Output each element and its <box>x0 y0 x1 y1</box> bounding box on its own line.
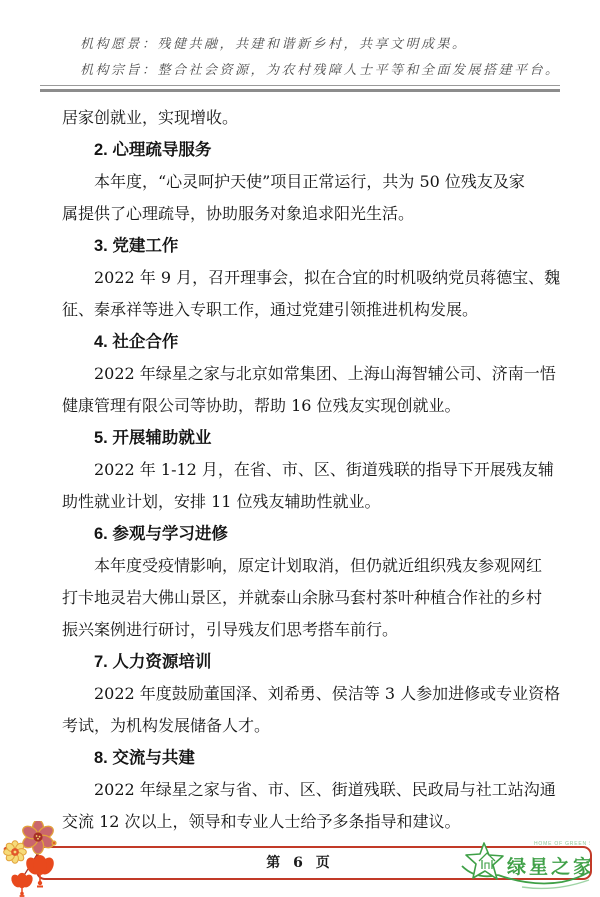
paragraph-block: 本年度，“心灵呵护天使”项目正常运行，共为 50 位残友及家属提供了心理疏导，协… <box>62 166 544 230</box>
header-separator-rule <box>40 85 560 92</box>
paragraph-block: 2022 年绿星之家与省、市、区、街道残联、民政局与社工站沟通交流 12 次以上… <box>62 774 544 838</box>
paragraph-line: 振兴案例进行研讨，引导残友们思考搭车前行。 <box>62 614 544 646</box>
paragraph-line: 居家创就业，实现增收。 <box>62 102 544 134</box>
document-page: 机构愿景：残健共融，共建和谐新乡村，共享文明成果。 机构宗旨：整合社会资源，为农… <box>0 0 600 897</box>
page-header: 机构愿景：残健共融，共建和谐新乡村，共享文明成果。 机构宗旨：整合社会资源，为农… <box>80 32 564 84</box>
paragraph-line: 交流 12 次以上，领导和专业人士给予多条指导和建议。 <box>62 806 544 838</box>
section-heading-block: 7. 人力资源培训 <box>62 646 544 678</box>
section-heading-block: 5. 开展辅助就业 <box>62 422 544 454</box>
green-star-logo: HOME OF GREEN STAR 绿星之家 <box>460 835 590 895</box>
paragraph-line: 健康管理有限公司等协助，帮助 16 位残友实现创就业。 <box>62 390 544 422</box>
paragraph-line: 本年度，“心灵呵护天使”项目正常运行，共为 50 位残友及家 <box>62 166 544 198</box>
paragraph-block: 2022 年绿星之家与北京如常集团、上海山海智辅公司、济南一悟健康管理有限公司等… <box>62 358 544 422</box>
paragraph-line: 征、秦承祥等进入专职工作，通过党建引领推进机构发展。 <box>62 294 544 326</box>
paragraph-line: 属提供了心理疏导，协助服务对象追求阳光生活。 <box>62 198 544 230</box>
paragraph-block: 2022 年 1-12 月，在省、市、区、街道残联的指导下开展残友辅助性就业计划… <box>62 454 544 518</box>
paragraph-block: 本年度受疫情影响，原定计划取消，但仍就近组织残友参观网红打卡地灵岩大佛山景区，并… <box>62 550 544 646</box>
paragraph-line: 2022 年绿星之家与省、市、区、街道残联、民政局与社工站沟通 <box>62 774 544 806</box>
paragraph-line: 2022 年绿星之家与北京如常集团、上海山海智辅公司、济南一悟 <box>62 358 544 390</box>
section-heading: 4. 社企合作 <box>62 326 544 358</box>
paragraph-line: 助性就业计划，安排 11 位残友辅助性就业。 <box>62 486 544 518</box>
paragraph-line: 打卡地灵岩大佛山景区，并就泰山余脉马套村茶叶种植合作社的乡村 <box>62 582 544 614</box>
section-heading: 8. 交流与共建 <box>62 742 544 774</box>
paragraph-line: 考试，为机构发展储备人才。 <box>62 710 544 742</box>
section-heading: 3. 党建工作 <box>62 230 544 262</box>
section-heading: 7. 人力资源培训 <box>62 646 544 678</box>
paragraph-block: 2022 年度鼓励董国泽、刘希勇、侯洁等 3 人参加进修或专业资格考试，为机构发… <box>62 678 544 742</box>
section-heading: 5. 开展辅助就业 <box>62 422 544 454</box>
header-vision-line: 机构愿景：残健共融，共建和谐新乡村，共享文明成果。 <box>80 32 564 58</box>
logo-tagline: HOME OF GREEN STAR <box>534 841 590 847</box>
section-heading-block: 8. 交流与共建 <box>62 742 544 774</box>
logo-brand-name: 绿星之家 <box>507 855 590 878</box>
document-body: 居家创就业，实现增收。2. 心理疏导服务本年度，“心灵呵护天使”项目正常运行，共… <box>62 102 544 838</box>
paragraph-line: 2022 年 1-12 月，在省、市、区、街道残联的指导下开展残友辅 <box>62 454 544 486</box>
paragraph-line: 2022 年 9 月，召开理事会，拟在合宜的时机吸纳党员蒋德宝、魏 <box>62 262 544 294</box>
flower-decoration-icon <box>0 821 84 897</box>
header-mission-line: 机构宗旨：整合社会资源，为农村残障人士平等和全面发展搭建平台。 <box>80 58 564 84</box>
section-heading-block: 2. 心理疏导服务 <box>62 134 544 166</box>
section-heading: 2. 心理疏导服务 <box>62 134 544 166</box>
paragraph-line: 2022 年度鼓励董国泽、刘希勇、侯洁等 3 人参加进修或专业资格 <box>62 678 544 710</box>
section-heading-block: 3. 党建工作 <box>62 230 544 262</box>
section-heading: 6. 参观与学习进修 <box>62 518 544 550</box>
paragraph-block: 2022 年 9 月，召开理事会，拟在合宜的时机吸纳党员蒋德宝、魏征、秦承祥等进… <box>62 262 544 326</box>
paragraph-line: 本年度受疫情影响，原定计划取消，但仍就近组织残友参观网红 <box>62 550 544 582</box>
section-heading-block: 4. 社企合作 <box>62 326 544 358</box>
paragraph-block: 居家创就业，实现增收。 <box>62 102 544 134</box>
section-heading-block: 6. 参观与学习进修 <box>62 518 544 550</box>
